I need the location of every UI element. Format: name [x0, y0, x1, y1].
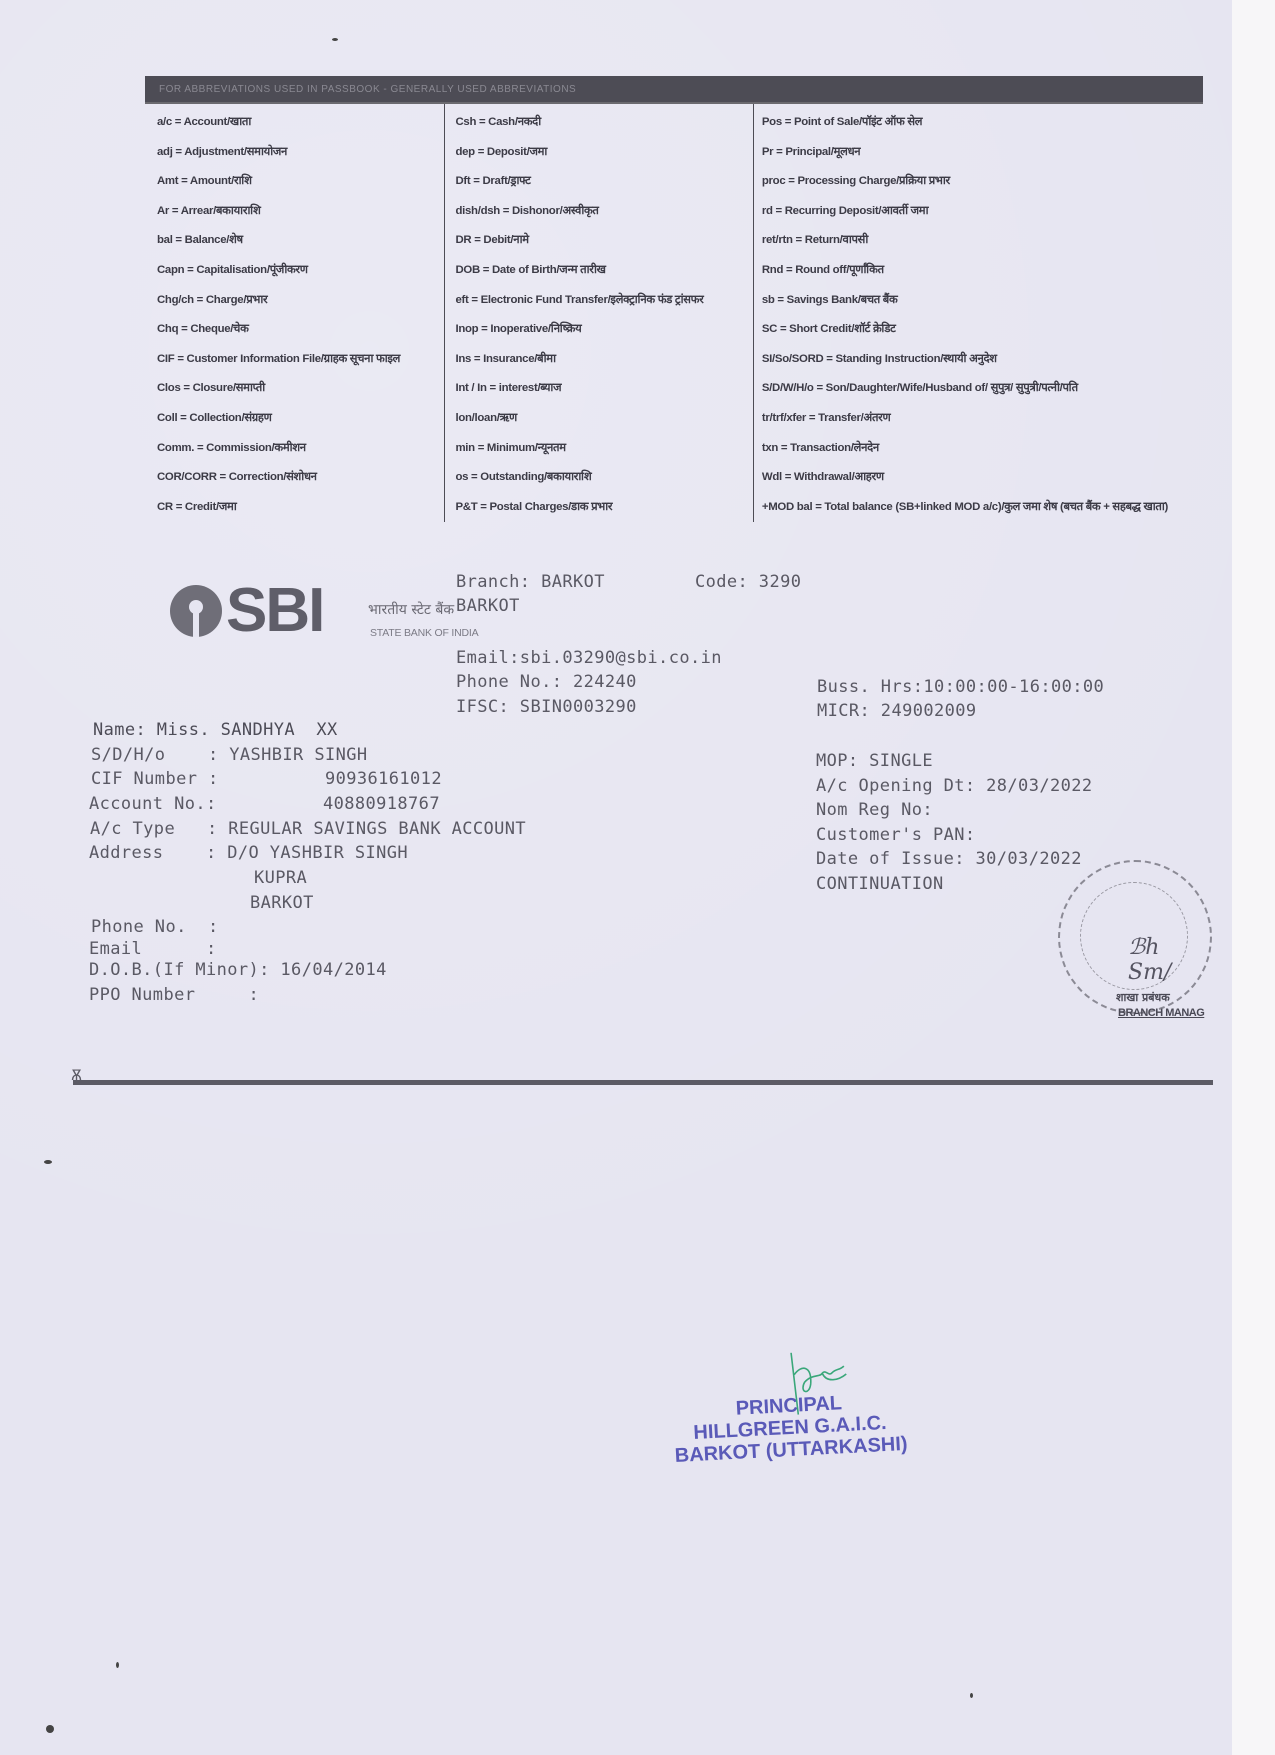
abbreviation-item: min = Minimum/न्यूनतम [455, 434, 752, 464]
branch-manager-signature: ℬh Sm/ [1128, 935, 1208, 985]
speck [116, 1662, 119, 1668]
abbreviation-item: Comm. = Commission/कमीशन [157, 434, 444, 464]
speck [332, 38, 338, 41]
abbreviations-column-1: a/c = Account/खाताadj = Adjustment/समायो… [145, 104, 444, 522]
speck [44, 1160, 52, 1164]
cif-number: CIF Number : 90936161012 [91, 769, 442, 789]
abbreviation-item: Amt = Amount/राशि [157, 167, 444, 197]
abbreviation-item: eft = Electronic Fund Transfer/इलेक्ट्रा… [455, 286, 752, 316]
abbreviation-item: Coll = Collection/संग्रहण [157, 404, 444, 434]
branch-name: BARKOT [456, 596, 520, 616]
address-line-1: Address : D/O YASHBIR SINGH [89, 843, 408, 863]
branch-email: Email:sbi.03290@sbi.co.in [456, 648, 722, 668]
abbreviation-item: ret/rtn = Return/वापसी [762, 226, 1203, 256]
abbreviation-item: Wdl = Withdrawal/आहरण [762, 463, 1203, 493]
speck [970, 1693, 973, 1698]
date-of-issue: Date of Issue: 30/03/2022 [816, 849, 1082, 869]
ppo-number: PPO Number : [89, 985, 259, 1005]
customer-name: Name: Miss. SANDHYA XX [93, 720, 338, 740]
branch-code: Code: 3290 [695, 572, 801, 592]
account-type: A/c Type : REGULAR SAVINGS BANK ACCOUNT [90, 819, 526, 839]
account-number: Account No.: 40880918767 [89, 794, 440, 814]
address-line-2: KUPRA [254, 868, 307, 888]
abbreviation-item: SI/So/SORD = Standing Instruction/स्थायी… [762, 345, 1203, 375]
bank-name-hindi: भारतीय स्टेट बैंक [368, 600, 454, 619]
speck [46, 1725, 54, 1733]
abbreviation-item: dep = Deposit/जमा [455, 138, 752, 168]
abbreviations-column-2: Csh = Cash/नकदीdep = Deposit/जमाDft = Dr… [444, 104, 752, 522]
abbreviation-item: +MOD bal = Total balance (SB+linked MOD … [762, 493, 1203, 523]
abbreviation-item: txn = Transaction/लेनदेन [762, 434, 1203, 464]
customer-phone: Phone No. : [91, 917, 219, 937]
abbreviation-item: Int / In = interest/ब्याज [455, 374, 752, 404]
abbreviation-item: CIF = Customer Information File/ग्राहक स… [157, 345, 444, 375]
abbreviation-item: proc = Processing Charge/प्रक्रिया प्रभा… [762, 167, 1203, 197]
sbi-logo-text: SBI [226, 585, 323, 637]
customer-relation: S/D/H/o : YASHBIR SINGH [91, 745, 368, 765]
abbreviation-item: Pr = Principal/मूलधन [762, 138, 1203, 168]
address-line-3: BARKOT [250, 893, 314, 913]
abbreviation-item: Chg/ch = Charge/प्रभार [157, 286, 444, 316]
nomination-reg-no: Nom Reg No: [816, 800, 933, 820]
abbreviation-item: DR = Debit/नामे [455, 226, 752, 256]
mode-of-operation: MOP: SINGLE [816, 751, 933, 771]
abbreviation-item: a/c = Account/खाता [157, 108, 444, 138]
abbreviation-item: Ar = Arrear/बकायाराशि [157, 197, 444, 227]
sbi-keyhole-icon [170, 585, 222, 637]
abbreviation-item: adj = Adjustment/समायोजन [157, 138, 444, 168]
business-hours: Buss. Hrs:10:00:00-16:00:00 [817, 677, 1104, 697]
abbreviation-item: Ins = Insurance/बीमा [455, 345, 752, 375]
section-divider [73, 1080, 1213, 1085]
abbreviation-item: Clos = Closure/समाप्ती [157, 374, 444, 404]
abbreviation-item: CR = Credit/जमा [157, 493, 444, 523]
customer-pan: Customer's PAN: [816, 825, 976, 845]
stamp-title-hindi: शाखा प्रबंधक [1116, 990, 1170, 1005]
branch-ifsc: IFSC: SBIN0003290 [456, 697, 637, 717]
abbreviation-item: Rnd = Round off/पूर्णांकित [762, 256, 1203, 286]
stamp-title-english: BRANCH MANAG [1118, 1007, 1204, 1019]
branch-label: Branch: BARKOT [456, 572, 605, 592]
abbreviation-item: S/D/W/H/o = Son/Daughter/Wife/Husband of… [762, 374, 1203, 404]
abbreviation-item: sb = Savings Bank/बचत बैंक [762, 286, 1203, 316]
abbreviation-item: os = Outstanding/बकायाराशि [455, 463, 752, 493]
bank-name-english: STATE BANK OF INDIA [370, 627, 478, 639]
abbreviation-item: SC = Short Credit/शॉर्ट क्रेडिट [762, 315, 1203, 345]
abbreviations-column-3: Pos = Point of Sale/पॉइंट ऑफ सेलPr = Pri… [753, 104, 1203, 522]
account-opening-date: A/c Opening Dt: 28/03/2022 [816, 776, 1093, 796]
abbreviation-item: Csh = Cash/नकदी [455, 108, 752, 138]
abbreviation-item: rd = Recurring Deposit/आवर्ती जमा [762, 197, 1203, 227]
abbreviation-item: DOB = Date of Birth/जन्म तारीख [455, 256, 752, 286]
abbreviation-item: Pos = Point of Sale/पॉइंट ऑफ सेल [762, 108, 1203, 138]
abbreviation-item: Capn = Capitalisation/पूंजीकरण [157, 256, 444, 286]
abbreviations-table: FOR ABBREVIATIONS USED IN PASSBOOK - GEN… [145, 76, 1203, 522]
micr-code: MICR: 249002009 [817, 701, 977, 721]
principal-stamp: PRINCIPAL HILLGREEN G.A.I.C. BARKOT (UTT… [653, 1388, 926, 1468]
abbreviation-item: lon/loan/ऋण [455, 404, 752, 434]
branch-phone: Phone No.: 224240 [456, 672, 637, 692]
principal-signature [781, 1342, 855, 1426]
abbreviation-item: tr/trf/xfer = Transfer/अंतरण [762, 404, 1203, 434]
abbreviation-item: COR/CORR = Correction/संशोधन [157, 463, 444, 493]
abbreviation-item: Chq = Cheque/चेक [157, 315, 444, 345]
abbreviations-header: FOR ABBREVIATIONS USED IN PASSBOOK - GEN… [145, 76, 1203, 104]
abbreviation-item: Dft = Draft/ड्राफ्ट [455, 167, 752, 197]
date-of-birth: D.O.B.(If Minor): 16/04/2014 [89, 960, 387, 980]
abbreviation-item: bal = Balance/शेष [157, 226, 444, 256]
abbreviation-item: dish/dsh = Dishonor/अस्वीकृत [455, 197, 752, 227]
sbi-logo: SBI [170, 585, 323, 637]
branch-manager-stamp: ℬh Sm/ शाखा प्रबंधक BRANCH MANAG [1058, 860, 1208, 1035]
continuation-label: CONTINUATION [816, 874, 944, 894]
abbreviation-item: Inop = Inoperative/निष्क्रिय [455, 315, 752, 345]
customer-email: Email : [89, 939, 217, 959]
abbreviation-item: P&T = Postal Charges/डाक प्रभार [455, 493, 752, 523]
